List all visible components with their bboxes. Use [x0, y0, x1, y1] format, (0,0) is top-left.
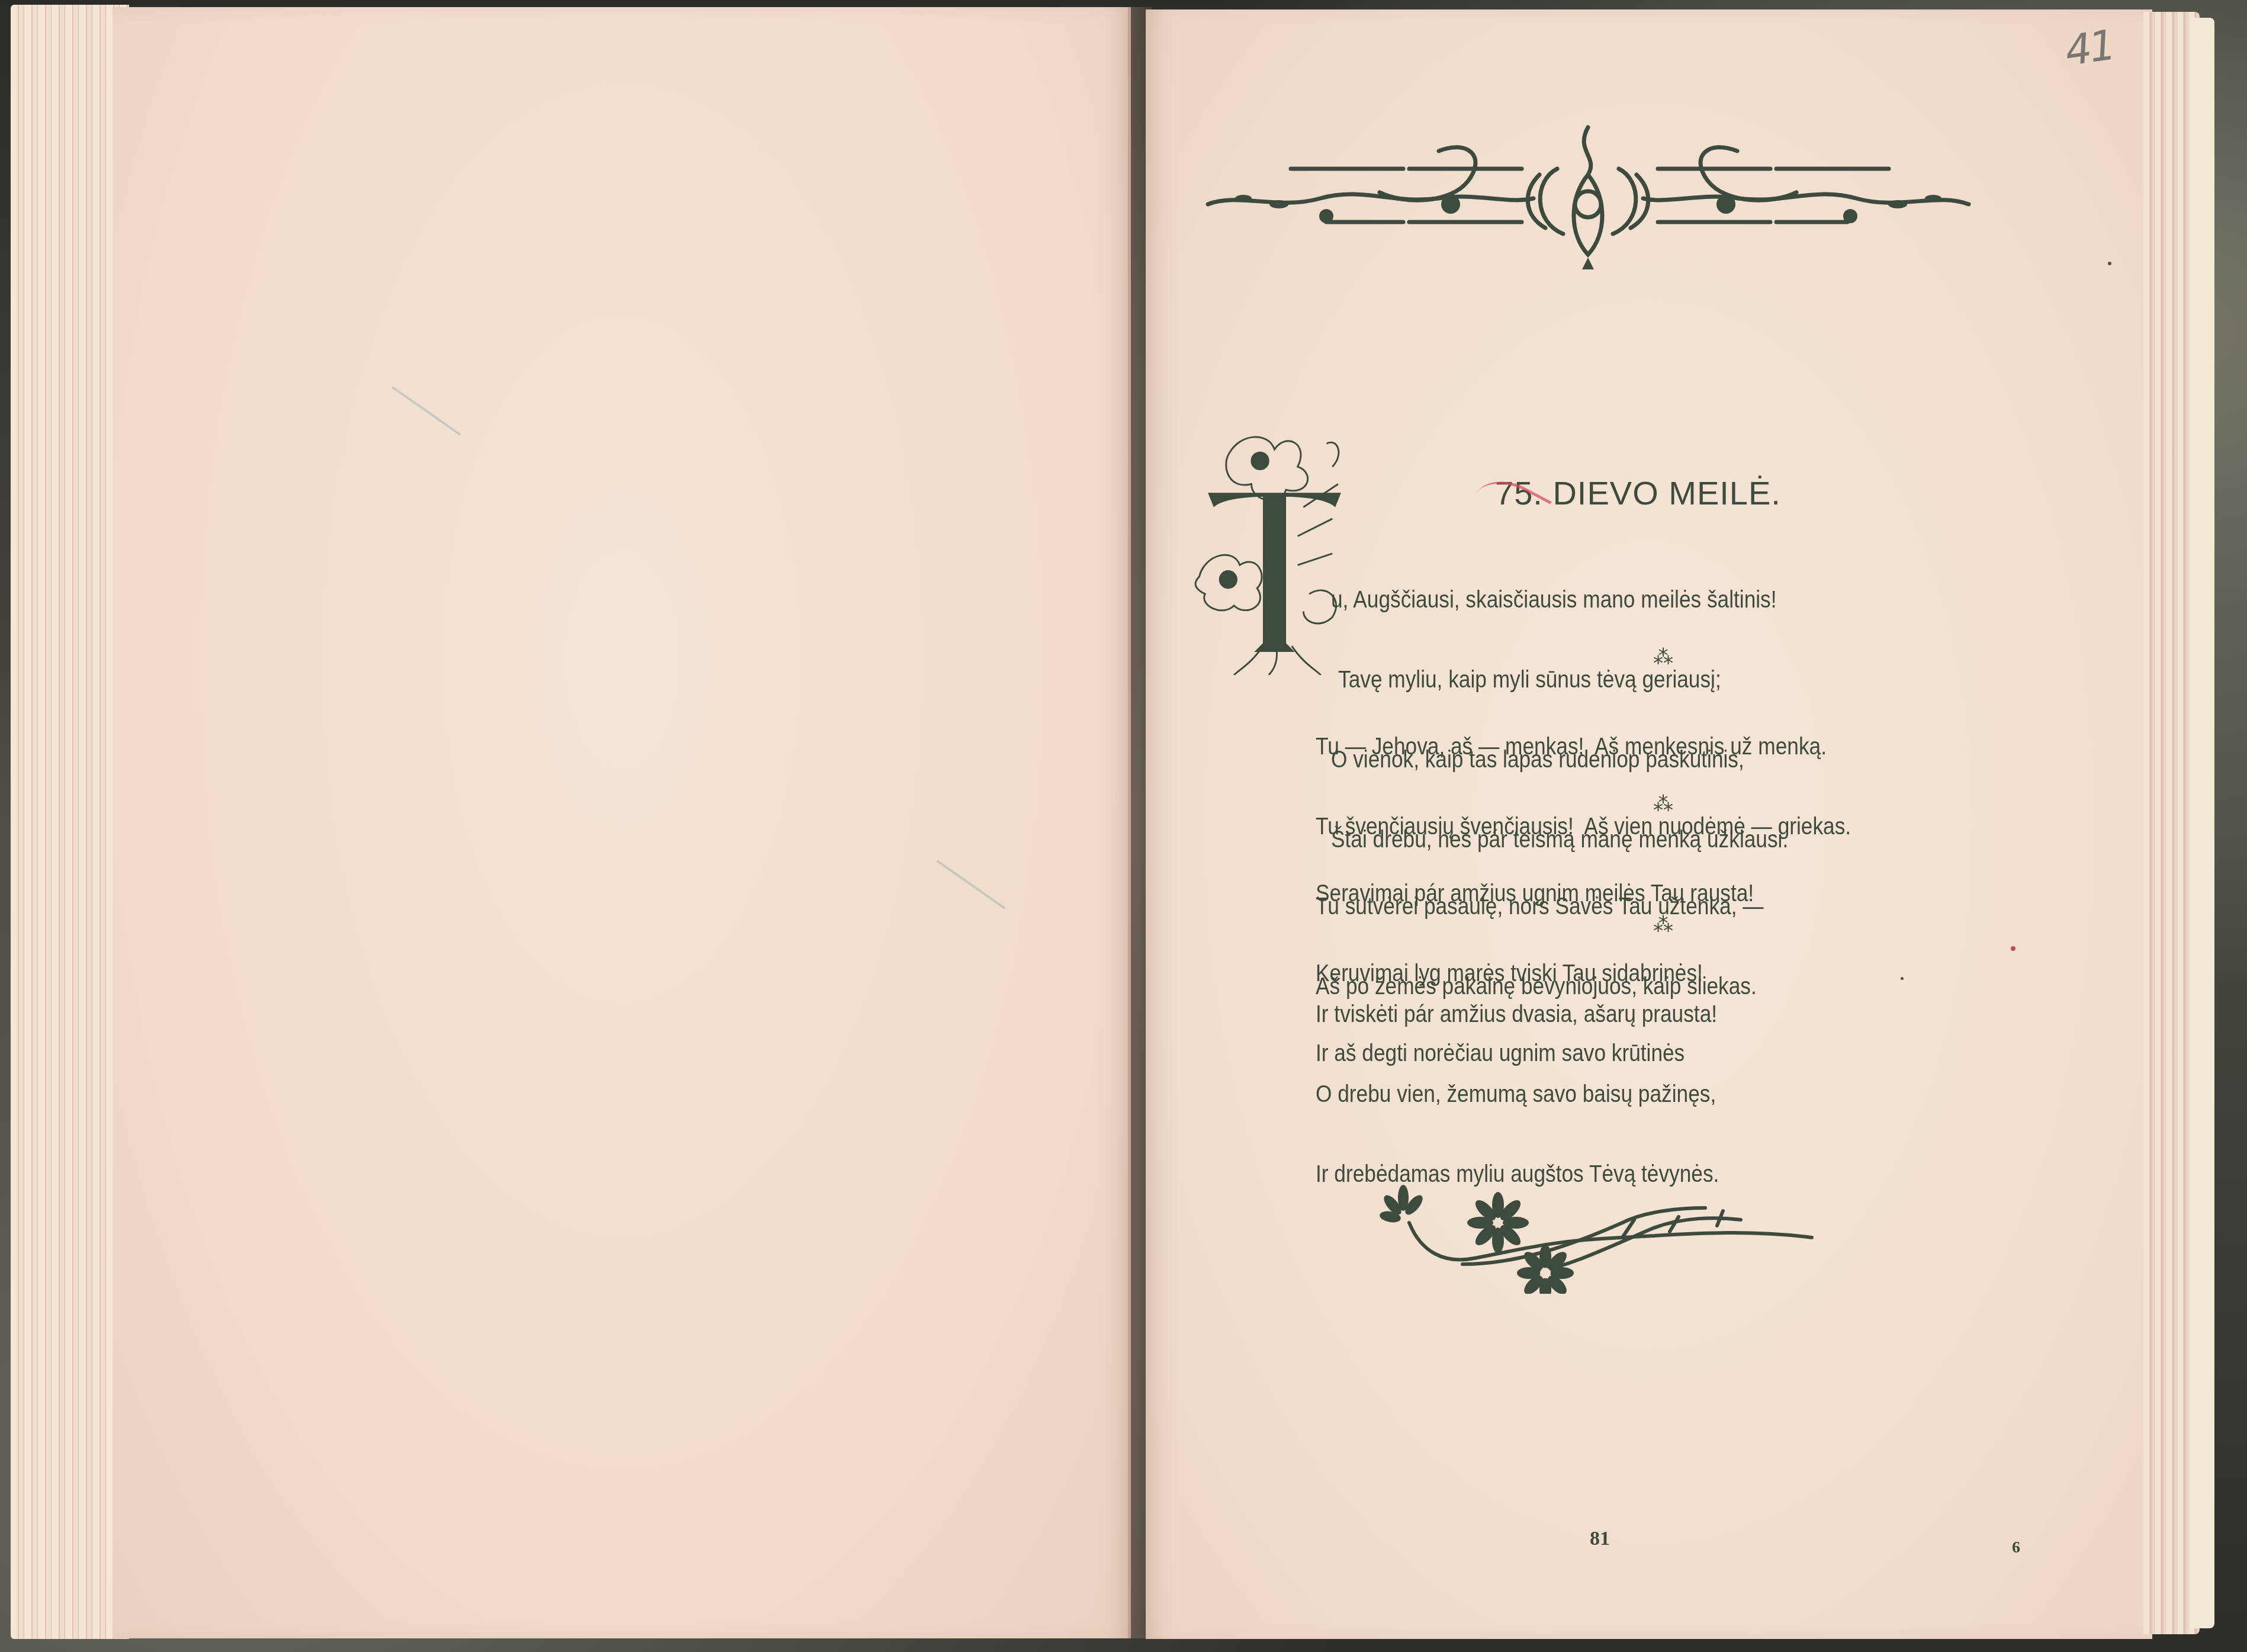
verse-line: Seravimai pár amžius ugnim meilės Tau ra… — [1316, 880, 1754, 907]
paper-stain — [392, 386, 461, 436]
right-page-outer-edge — [2191, 18, 2214, 1628]
red-margin-mark — [2011, 946, 2015, 951]
ornamental-headpiece-icon — [1190, 115, 1986, 269]
daisy-spray-tailpiece-icon — [1374, 1175, 1824, 1294]
page-number: 81 — [1590, 1528, 1610, 1550]
verse-line: Ir tviskėti pár amžius dvasia, ašarų pra… — [1316, 1001, 1719, 1027]
paper-stain — [937, 860, 1006, 909]
verse-line: Tu — Jehova, aš — menkas! Aš menkesnis u… — [1316, 733, 1851, 760]
asterism-divider-icon: ⁂ — [1653, 792, 1673, 816]
poem-title-text: DIEVO MEILĖ. — [1552, 474, 1780, 512]
verse-line: O drebu vien, žemumą savo baisų pažinęs, — [1316, 1081, 1719, 1107]
handwritten-folio-number: 41 — [2062, 21, 2117, 75]
verse-line: u, Augščiausi, skaisčiausis mano meilės … — [1331, 586, 1788, 613]
left-page-blank — [112, 7, 1131, 1638]
ink-dot — [2108, 262, 2111, 265]
poem-number: 75. — [1495, 474, 1543, 512]
asterism-divider-icon: ⁂ — [1653, 645, 1673, 669]
stanza-4: Ir tviskėti pár amžius dvasia, ašarų pra… — [1316, 947, 1719, 1214]
signature-mark: 6 — [2012, 1538, 2020, 1557]
left-page-stack-edges — [11, 5, 129, 1639]
asterism-divider-icon: ⁂ — [1653, 913, 1673, 937]
poem-title: 75. DIEVO MEILĖ. — [1495, 474, 1781, 512]
ink-dot — [1901, 977, 1904, 980]
